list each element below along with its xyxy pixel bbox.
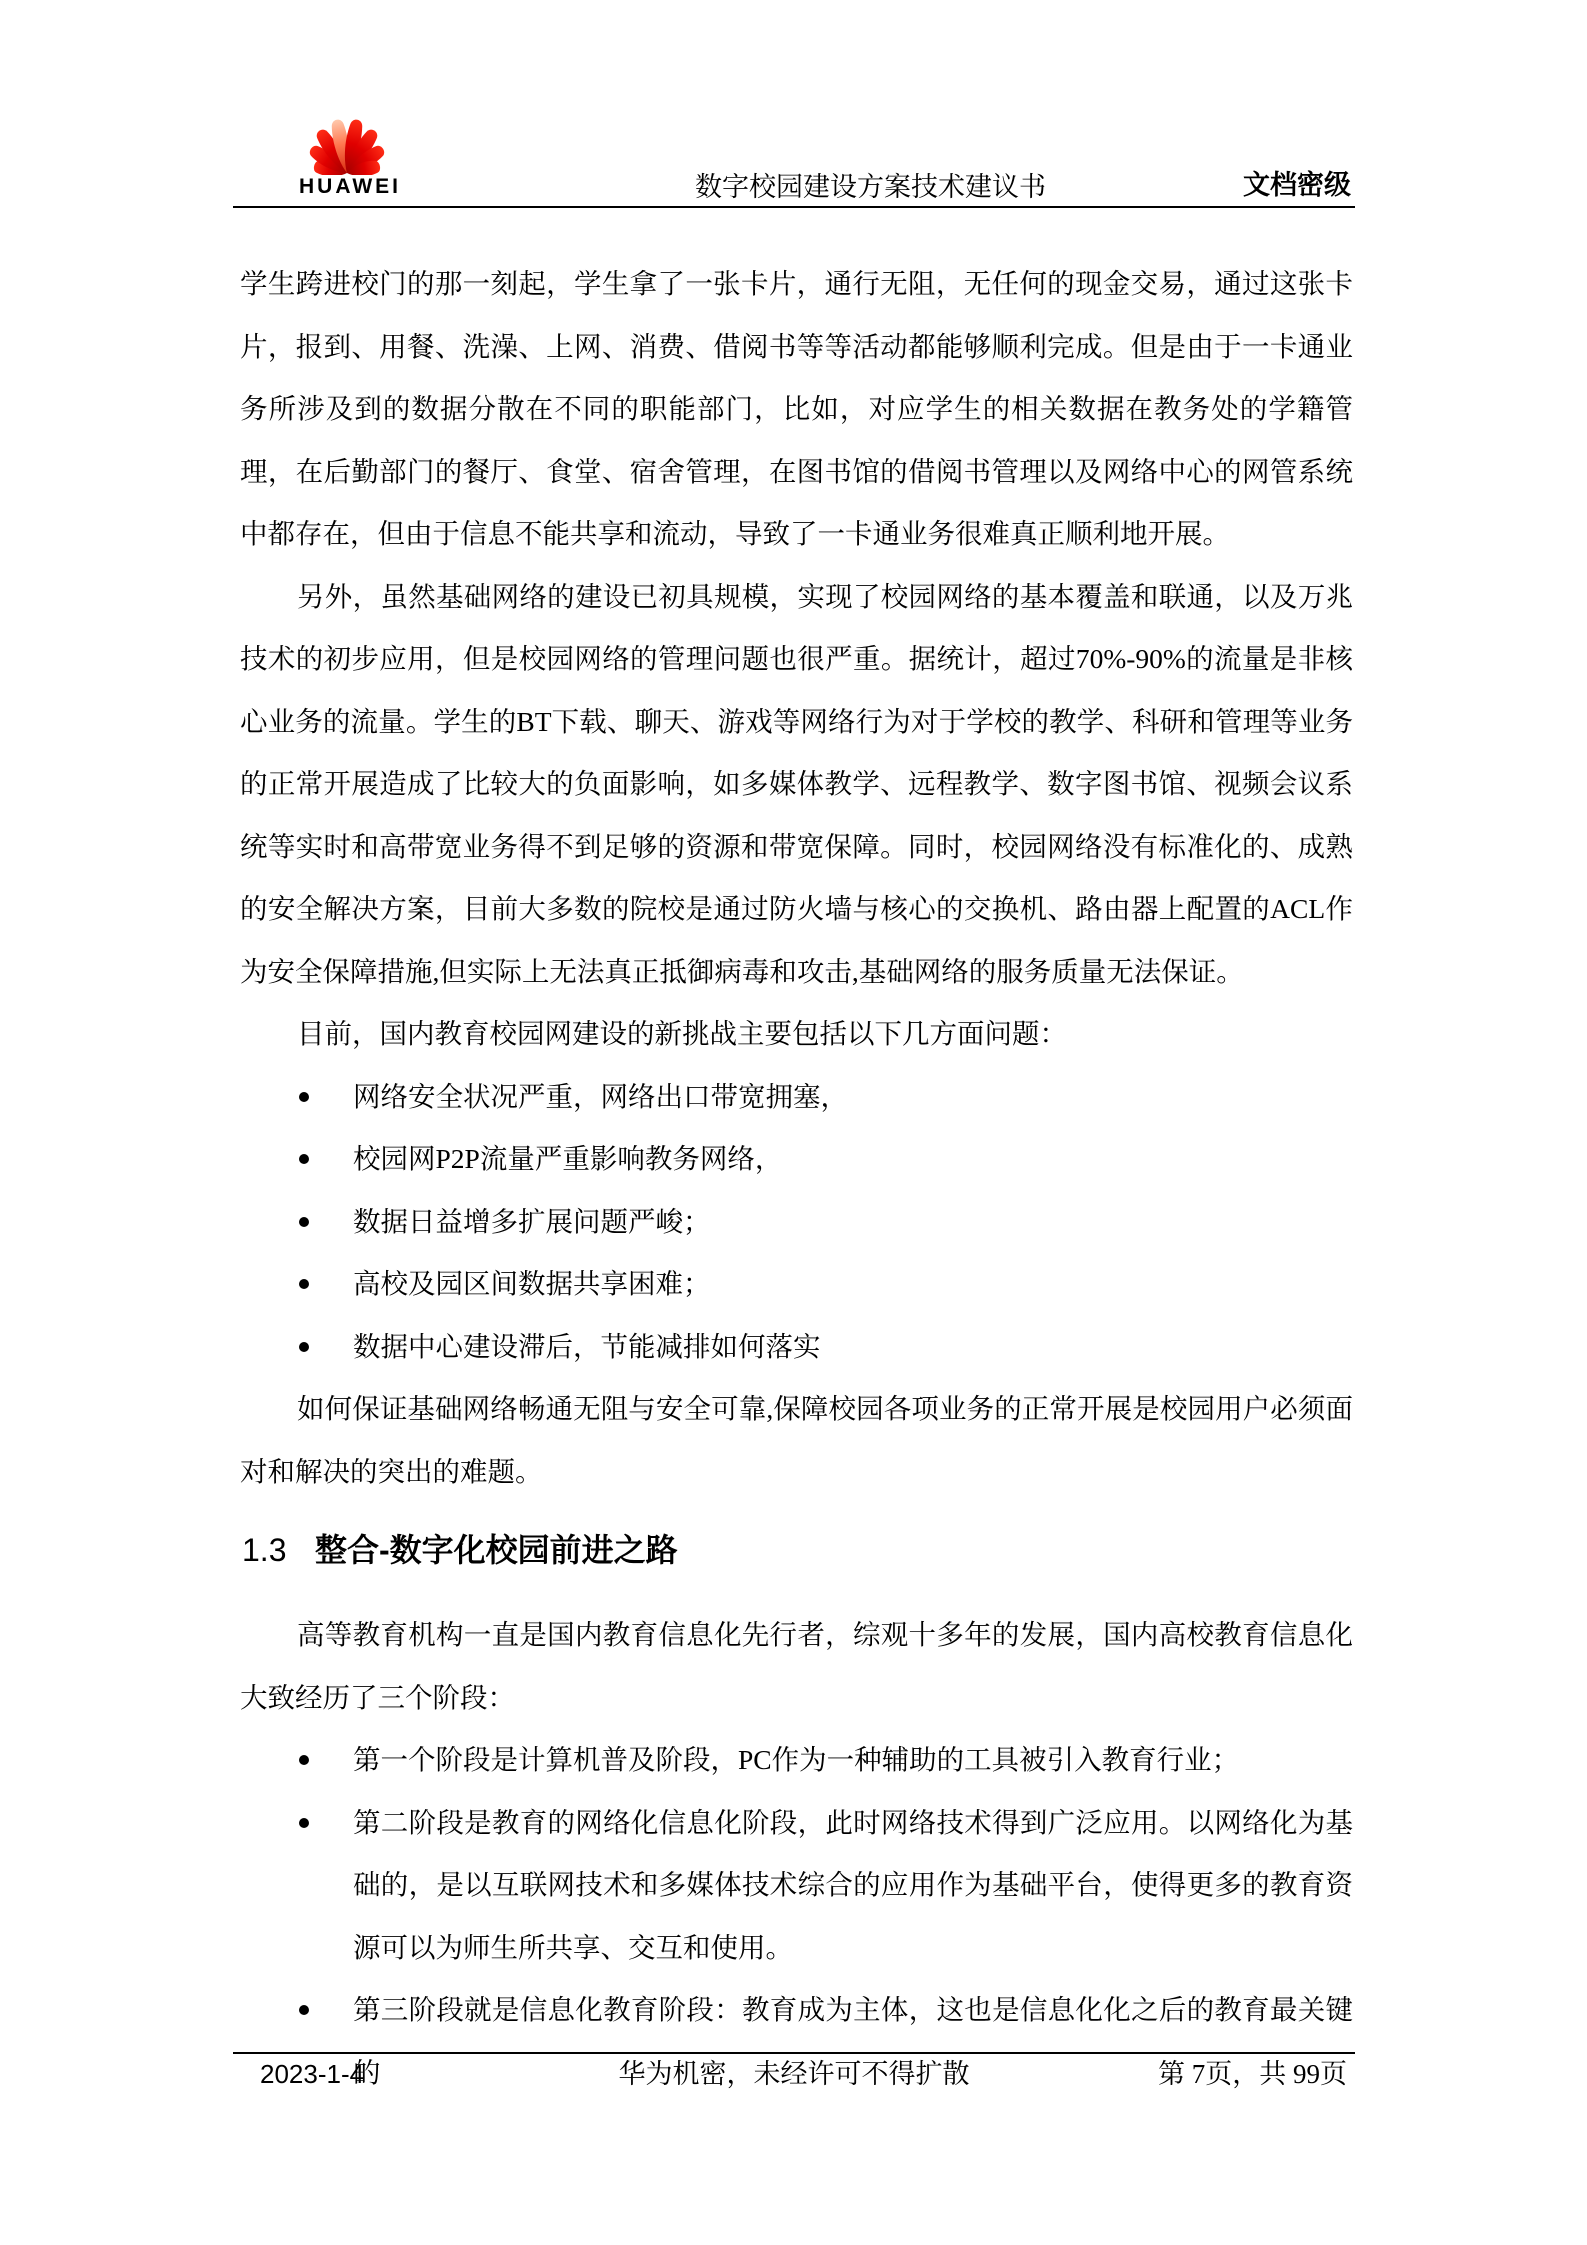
footer-date: 2023-1-4 [260,2059,364,2089]
huawei-wordmark: HUAWEI [299,175,395,199]
bullet-icon [299,1279,309,1289]
paragraph-conclusion: 如何保证基础网络畅通无阻与安全可靠,保障校园各项业务的正常开展是校园用户必须面对… [240,1378,1353,1503]
list-item: 高校及园区间数据共享困难； [240,1253,1353,1316]
challenge-text: 数据日益增多扩展问题严峻； [353,1206,711,1237]
footer-confidential-notice: 华为机密，未经许可不得扩散 [619,2059,970,2089]
huawei-logo: HUAWEI [299,111,395,199]
footer-rule [233,2052,1355,2054]
stage-text: 第一个阶段是计算机普及阶段，PC作为一种辅助的工具被引入教育行业； [353,1744,1239,1775]
challenge-text: 网络安全状况严重，网络出口带宽拥塞， [353,1081,848,1112]
bullet-icon [299,1342,309,1352]
bullet-icon [299,1217,309,1227]
paragraph-network-problems: 另外，虽然基础网络的建设已初具规模，实现了校园网络的基本覆盖和联通，以及万兆技术… [240,566,1353,1004]
section-number: 1.3 [242,1528,315,1572]
document-body: 学生跨进校门的那一刻起，学生拿了一张卡片，通行无阻，无任何的现金交易，通过这张卡… [240,253,1353,2104]
document-page: HUAWEI 数字校园建设方案技术建议书 文档密级 学生跨进校门的那一刻起，学生… [0,0,1587,2245]
list-item: 第一个阶段是计算机普及阶段，PC作为一种辅助的工具被引入教育行业； [240,1729,1353,1792]
stage-text: 第二阶段是教育的网络化信息化阶段，此时网络技术得到广泛应用。以网络化为基础的，是… [353,1807,1353,1963]
header-classification: 文档密级 [1243,170,1351,200]
paragraph-one-card: 学生跨进校门的那一刻起，学生拿了一张卡片，通行无阻，无任何的现金交易，通过这张卡… [240,253,1353,566]
list-item: 校园网P2P流量严重影响教务网络， [240,1128,1353,1191]
section-heading-1-3: 1.3 整合-数字化校园前进之路 [242,1528,1353,1572]
bullet-icon [299,1092,309,1102]
list-item: 数据中心建设滞后，节能减排如何落实 [240,1316,1353,1379]
header-rule [233,206,1355,208]
paragraph-challenges-intro: 目前，国内教育校园网建设的新挑战主要包括以下几方面问题： [240,1003,1353,1066]
footer-page-number: 第 7页，共 99页 [1158,2059,1347,2089]
list-item: 第二阶段是教育的网络化信息化阶段，此时网络技术得到广泛应用。以网络化为基础的，是… [240,1792,1353,1980]
huawei-flower-icon [300,111,394,175]
list-item: 数据日益增多扩展问题严峻； [240,1191,1353,1254]
bullet-icon [299,1818,309,1828]
challenge-text: 数据中心建设滞后，节能减排如何落实 [353,1331,821,1362]
paragraph-stages-intro: 高等教育机构一直是国内教育信息化先行者，综观十多年的发展，国内高校教育信息化大致… [240,1604,1353,1729]
bullet-icon [299,2005,309,2015]
challenge-text: 校园网P2P流量严重影响教务网络， [353,1143,782,1174]
section-title: 整合-数字化校园前进之路 [315,1528,678,1572]
challenge-text: 高校及园区间数据共享困难； [353,1268,711,1299]
header-doc-title: 数字校园建设方案技术建议书 [695,172,1046,202]
bullet-icon [299,1154,309,1164]
bullet-icon [299,1755,309,1765]
list-item: 网络安全状况严重，网络出口带宽拥塞， [240,1066,1353,1129]
